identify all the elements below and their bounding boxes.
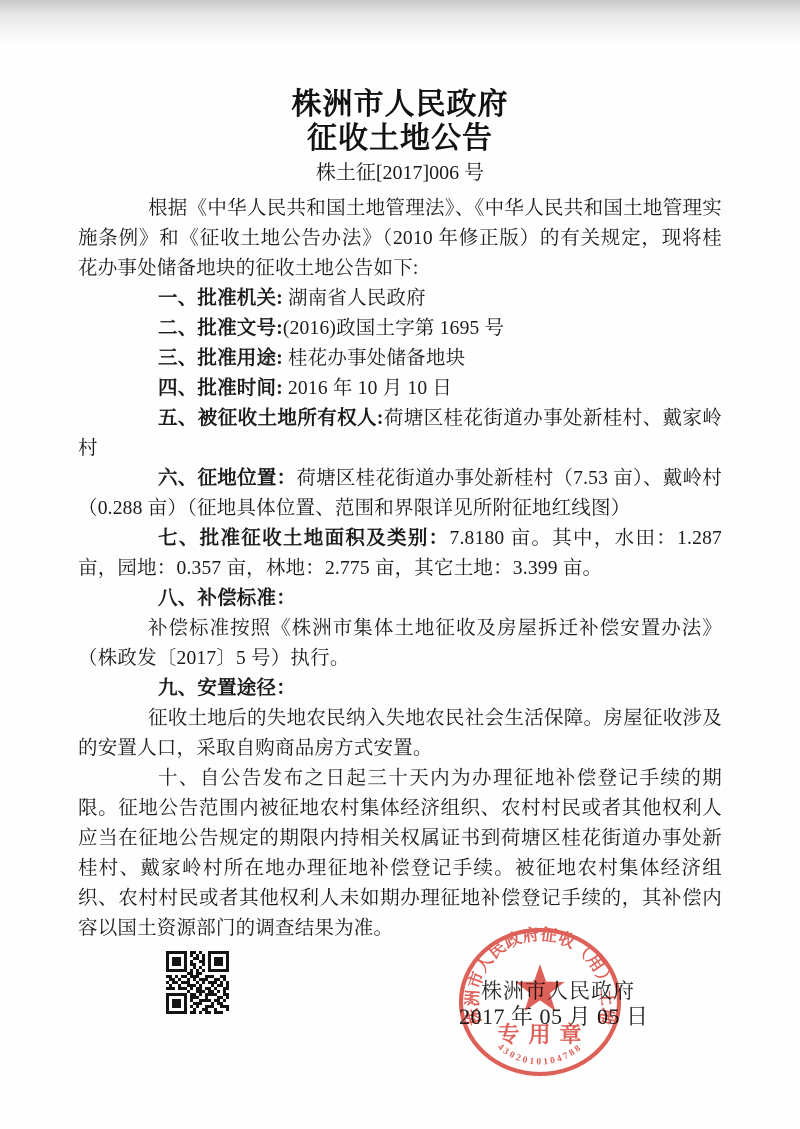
seal-center-text: 专用章	[497, 1022, 590, 1047]
resettlement-way-paragraph: 征收土地后的失地农民纳入失地农民社会生活保障。房屋征收涉及的安置人口，采取自购商…	[78, 704, 722, 764]
item-registration-deadline: 十、自公告发布之日起三十天内为办理征地补偿登记手续的期限。征地公告范围内被征地农…	[78, 764, 722, 944]
item-label: 九、安置途径：	[158, 678, 296, 699]
document-number: 株土征[2017]006 号	[78, 159, 722, 187]
item-approved-use: 三、批准用途: 桂花办事处储备地块	[78, 344, 722, 374]
item-label: 八、补偿标准：	[158, 588, 296, 609]
document-title-line1: 株洲市人民政府	[78, 88, 722, 122]
document-title: 株洲市人民政府 征收土地公告	[78, 88, 722, 156]
item-resettlement-way: 九、安置途径：	[78, 674, 722, 704]
intro-paragraph: 根据《中华人民共和国土地管理法》、《中华人民共和国土地管理实施条例》和《征收土地…	[78, 194, 722, 284]
item-approval-date: 四、批准时间: 2016 年 10 月 10 日	[78, 374, 722, 404]
seal-ring	[461, 930, 619, 1074]
item-value: 湖南省人民政府	[283, 288, 426, 309]
compensation-standard-paragraph: 补偿标准按照《株洲市集体土地征收及房屋拆迁补偿安置办法》（株政发〔2017〕5 …	[78, 614, 722, 674]
item-label: 一、批准机关:	[158, 288, 283, 309]
seal-star-icon	[515, 964, 564, 1011]
item-label: 四、批准时间:	[158, 378, 283, 399]
document-body: 根据《中华人民共和国土地管理法》、《中华人民共和国土地管理实施条例》和《征收土地…	[78, 194, 722, 944]
document-title-line2: 征收土地公告	[78, 122, 722, 156]
item-label: 七、批准征收土地面积及类别：	[158, 528, 450, 549]
item-label: 三、批准用途:	[158, 348, 283, 369]
item-approval-authority: 一、批准机关: 湖南省人民政府	[78, 284, 722, 314]
item-compensation-standard: 八、补偿标准：	[78, 584, 722, 614]
scan-edge-shadow	[0, 0, 800, 44]
item-value: (2016)政国土字第 1695 号	[283, 318, 504, 339]
item-label: 二、批准文号:	[158, 318, 283, 339]
document-page: 株洲市人民政府 征收土地公告 株土征[2017]006 号 根据《中华人民共和国…	[0, 0, 800, 1129]
announcement-document: 株洲市人民政府 征收土地公告 株土征[2017]006 号 根据《中华人民共和国…	[78, 88, 722, 944]
qr-code	[166, 951, 229, 1014]
item-value: 2016 年 10 月 10 日	[283, 378, 452, 399]
item-value: 桂花办事处储备地块	[283, 348, 465, 369]
qr-code-icon	[166, 951, 229, 1014]
item-land-owners: 五、被征收土地所有权人:荷塘区桂花街道办事处新桂村、戴家岭村	[78, 404, 722, 464]
item-label: 五、被征收土地所有权人:	[158, 408, 384, 429]
item-label: 六、征地位置：	[158, 468, 296, 489]
item-land-area: 七、批准征收土地面积及类别：7.8180 亩。其中，水田：1.287 亩，园地：…	[78, 524, 722, 584]
item-approval-doc-number: 二、批准文号:(2016)政国土字第 1695 号	[78, 314, 722, 344]
official-seal-stamp-icon: 株洲市人民政府征收（用）土地 专用章 4302010104788	[456, 926, 624, 1080]
item-land-location: 六、征地位置：荷塘区桂花街道办事处新桂村（7.53 亩）、戴岭村（0.288 亩…	[78, 464, 722, 524]
